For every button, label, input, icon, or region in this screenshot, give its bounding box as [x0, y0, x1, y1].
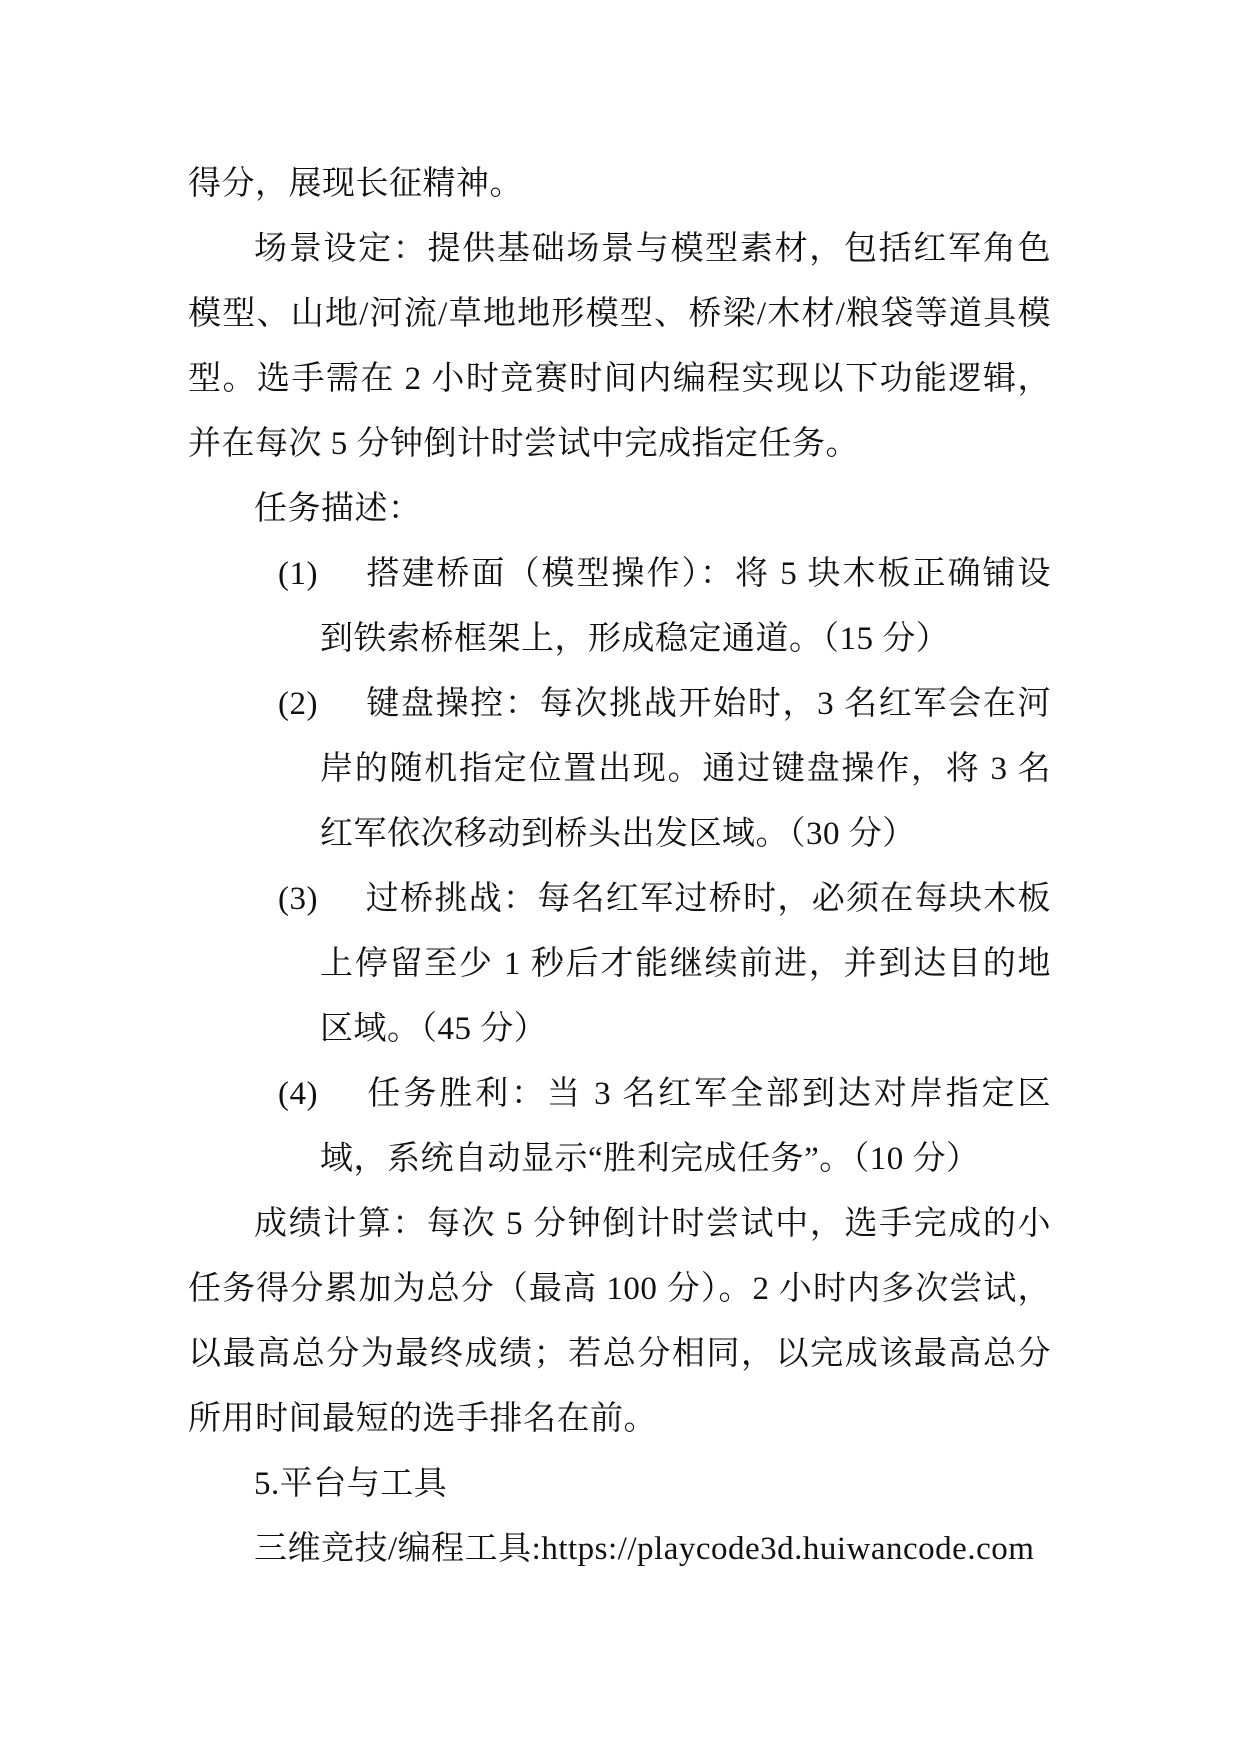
task-number: (4) [278, 1062, 365, 1127]
task-item-2: (2)键盘操控：每次挑战开始时，3 名红军会在河岸的随机指定位置出现。通过键盘操… [188, 672, 1051, 867]
paragraph-intro: 得分，展现长征精神。 [188, 152, 1051, 217]
task-item-4: (4)任务胜利：当 3 名红军全部到达对岸指定区域，系统自动显示“胜利完成任务”… [188, 1062, 1051, 1192]
heading-platform-tools: 5.平台与工具 [188, 1452, 1051, 1517]
task-number: (2) [278, 672, 365, 737]
document-content: 得分，展现长征精神。 场景设定：提供基础场景与模型素材，包括红军角色模型、山地/… [0, 0, 1241, 1582]
document-page: 得分，展现长征精神。 场景设定：提供基础场景与模型素材，包括红军角色模型、山地/… [0, 0, 1241, 1754]
task-text: 过桥挑战：每名红军过桥时，必须在每块木板上停留至少 1 秒后才能继续前进，并到达… [320, 881, 1051, 1047]
heading-task-description: 任务描述： [188, 477, 1051, 542]
task-text: 任务胜利：当 3 名红军全部到达对岸指定区域，系统自动显示“胜利完成任务”。（1… [320, 1076, 1051, 1177]
task-number: (3) [278, 867, 365, 932]
task-item-1: (1)搭建桥面（模型操作）：将 5 块木板正确铺设到铁索桥框架上，形成稳定通道。… [188, 542, 1051, 672]
paragraph-tool-url: 三维竞技/编程工具:https://playcode3d.huiwancode.… [188, 1517, 1051, 1582]
task-text: 键盘操控：每次挑战开始时，3 名红军会在河岸的随机指定位置出现。通过键盘操作，将… [320, 686, 1051, 852]
paragraph-score-calculation: 成绩计算：每次 5 分钟倒计时尝试中，选手完成的小任务得分累加为总分（最高 10… [188, 1192, 1051, 1452]
paragraph-scene-setting: 场景设定：提供基础场景与模型素材，包括红军角色模型、山地/河流/草地地形模型、桥… [188, 217, 1051, 477]
task-text: 搭建桥面（模型操作）：将 5 块木板正确铺设到铁索桥框架上，形成稳定通道。（15… [320, 556, 1051, 657]
task-number: (1) [278, 542, 365, 607]
task-item-3: (3)过桥挑战：每名红军过桥时，必须在每块木板上停留至少 1 秒后才能继续前进，… [188, 867, 1051, 1062]
